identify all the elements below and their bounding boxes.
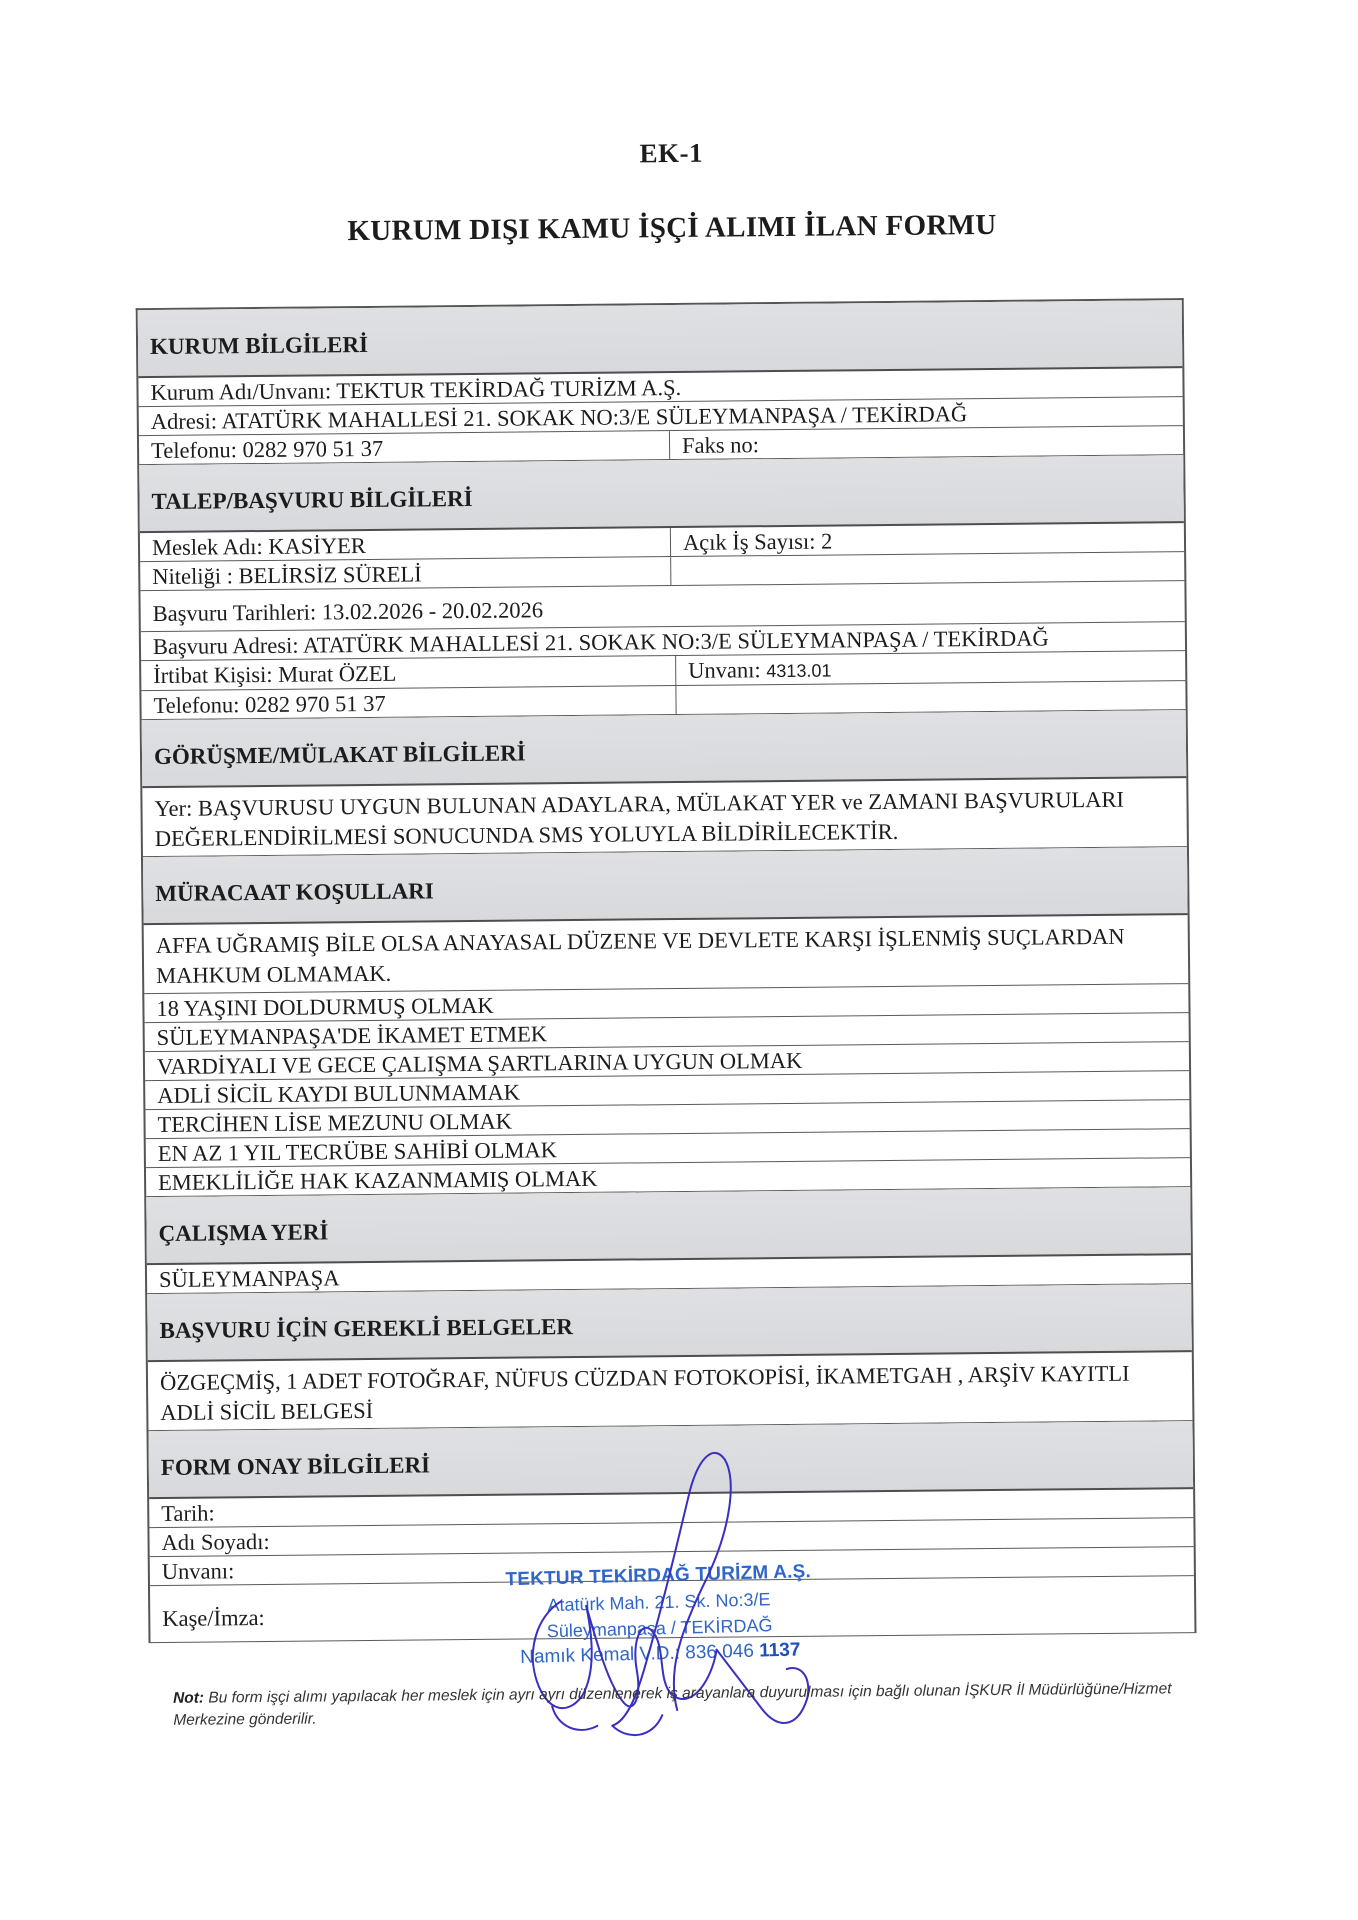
meslek-adi-value: Meslek Adı: KASİYER	[140, 528, 671, 561]
mulakat-yer-value: Yer: BAŞVURUSU UYGUN BULUNAN ADAYLARA, M…	[142, 778, 1187, 856]
section-heading: MÜRACAAT KOŞULLARI	[143, 863, 1187, 907]
stamp-tax-prefix: Namık Kemal V.D.: 836 046	[520, 1641, 760, 1668]
condition-item: AFFA UĞRAMIŞ BİLE OLSA ANAYASAL DÜZENE V…	[144, 915, 1189, 994]
company-stamp: TEKTUR TEKİRDAĞ TURİZM A.Ş. Atatürk Mah.…	[498, 1559, 821, 1672]
section-gerekli-belgeler: BAŞVURU İÇİN GEREKLİ BELGELER	[147, 1284, 1192, 1362]
unvani-code: 4313.01	[766, 661, 831, 682]
telefon-value: Telefonu: 0282 970 51 37	[139, 431, 670, 464]
field-mulakat-yer: Yer: BAŞVURUSU UYGUN BULUNAN ADAYLARA, M…	[142, 778, 1187, 857]
section-gorusme-mulakat: GÖRÜŞME/MÜLAKAT BİLGİLERİ	[142, 710, 1187, 788]
acik-is-sayisi-value: Açık İş Sayısı: 2	[671, 523, 1184, 556]
unvani-label: Unvanı:	[688, 657, 766, 683]
section-heading: GÖRÜŞME/MÜLAKAT BİLGİLERİ	[142, 726, 1186, 770]
note-label: Not:	[173, 1690, 204, 1707]
section-calisma-yeri: ÇALIŞMA YERİ	[146, 1187, 1191, 1265]
irtibat-kisisi-value: İrtibat Kişisi: Murat ÖZEL	[141, 656, 676, 690]
field-gerekli-belgeler: ÖZGEÇMİŞ, 1 ADET FOTOĞRAF, NÜFUS CÜZDAN …	[148, 1352, 1193, 1431]
section-heading: KURUM BİLGİLERİ	[138, 316, 1182, 360]
annex-label: EK-1	[0, 132, 1350, 176]
unvani-value: Unvanı: 4313.01	[676, 651, 1185, 685]
page-title: KURUM DIŞI KAMU İŞÇİ ALIMI İLAN FORMU	[0, 206, 1351, 252]
irtibat-telefon-value: Telefonu: 0282 970 51 37	[141, 686, 676, 719]
section-heading: FORM ONAY BİLGİLERİ	[149, 1437, 1193, 1481]
gerekli-belgeler-value: ÖZGEÇMİŞ, 1 ADET FOTOĞRAF, NÜFUS CÜZDAN …	[148, 1352, 1193, 1430]
empty-cell	[676, 681, 1185, 714]
form-page: EK-1 KURUM DIŞI KAMU İŞÇİ ALIMI İLAN FOR…	[0, 0, 1358, 1920]
footnote: Not: Bu form işçi alımı yapılacak her me…	[173, 1678, 1233, 1732]
section-heading: BAŞVURU İÇİN GEREKLİ BELGELER	[147, 1300, 1191, 1344]
section-kurum-bilgileri: KURUM BİLGİLERİ	[138, 300, 1183, 378]
faks-value: Faks no:	[670, 426, 1183, 459]
section-form-onay: FORM ONAY BİLGİLERİ	[148, 1421, 1193, 1499]
announcement-form: KURUM BİLGİLERİ Kurum Adı/Unvanı: TEKTUR…	[136, 298, 1197, 1643]
niteligi-value: Niteliği : BELİRSİZ SÜRELİ	[140, 557, 671, 590]
condition-text: AFFA UĞRAMIŞ BİLE OLSA ANAYASAL DÜZENE V…	[144, 915, 1189, 993]
empty-cell	[671, 552, 1184, 585]
section-heading: TALEP/BAŞVURU BİLGİLERİ	[139, 471, 1183, 515]
section-heading: ÇALIŞMA YERİ	[146, 1203, 1190, 1247]
section-muracaat-kosullari: MÜRACAAT KOŞULLARI	[143, 847, 1188, 925]
section-talep-basvuru: TALEP/BAŞVURU BİLGİLERİ	[139, 455, 1184, 533]
note-text: Bu form işçi alımı yapılacak her meslek …	[173, 1680, 1171, 1729]
stamp-tax-suffix: 1137	[759, 1639, 801, 1661]
